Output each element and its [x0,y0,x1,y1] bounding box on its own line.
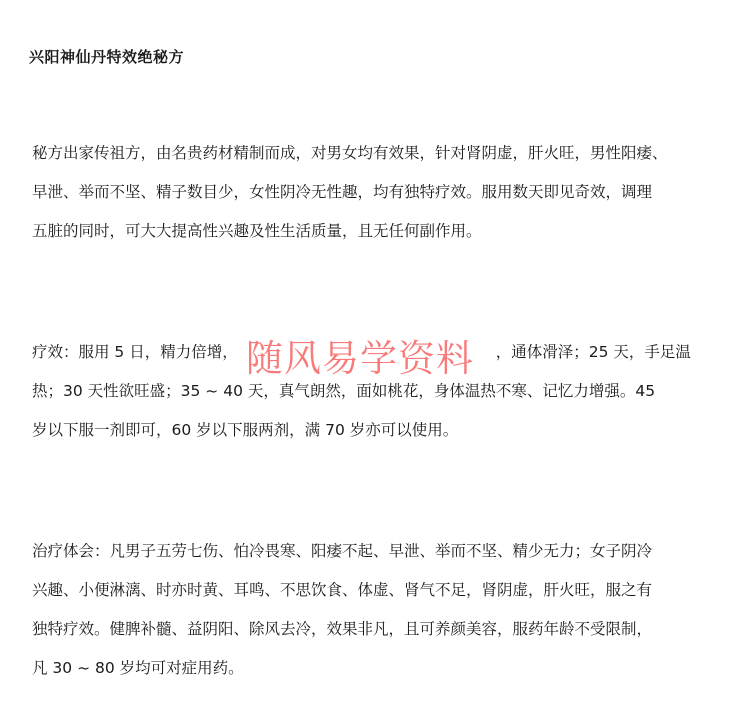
text-fragment: ，通体滑泽；25 天，手足温 [496,343,691,361]
text-fragment: 疗效：服用 5 日，精力倍增， [32,343,238,361]
text-line: 兴趣、小便淋漓、时亦时黄、耳鸣、不思饮食、体虚、肾气不足，肾阴虚，肝火旺，服之有 [32,571,732,610]
document-title: 兴阳神仙丹特效绝秘方 [29,46,184,67]
text-line: 凡 30 ~ 80 岁均可对症用药。 [32,649,732,688]
text-line: 独特疗效。健脾补髓、益阴阳、除风去冷，效果非凡，且可养颜美容，服药年龄不受限制， [32,610,732,649]
text-line: 治疗体会：凡男子五劳七伤、怕冷畏寒、阳痿不起、早泄、举而不坚、精少无力；女子阴冷 [32,532,732,571]
paragraph-intro: 秘方出家传祖方，由名贵药材精制而成，对男女均有效果，针对肾阴虚，肝火旺，男性阳痿… [32,134,732,251]
text-line: 岁以下服一剂即可，60 岁以下服两剂，满 70 岁亦可以使用。 [32,411,732,450]
text-line: 早泄、举而不坚、精子数目少，女性阴冷无性趣，均有独特疗效。服用数天即见奇效，调理 [32,173,732,212]
paragraph-experience: 治疗体会：凡男子五劳七伤、怕冷畏寒、阳痿不起、早泄、举而不坚、精少无力；女子阴冷… [32,532,732,688]
text-line: 五脏的同时，可大大提高性兴趣及性生活质量，且无任何副作用。 [32,212,732,251]
text-line: 秘方出家传祖方，由名贵药材精制而成，对男女均有效果，针对肾阴虚，肝火旺，男性阳痿… [32,134,732,173]
watermark: 随风易学资料 [246,328,474,382]
